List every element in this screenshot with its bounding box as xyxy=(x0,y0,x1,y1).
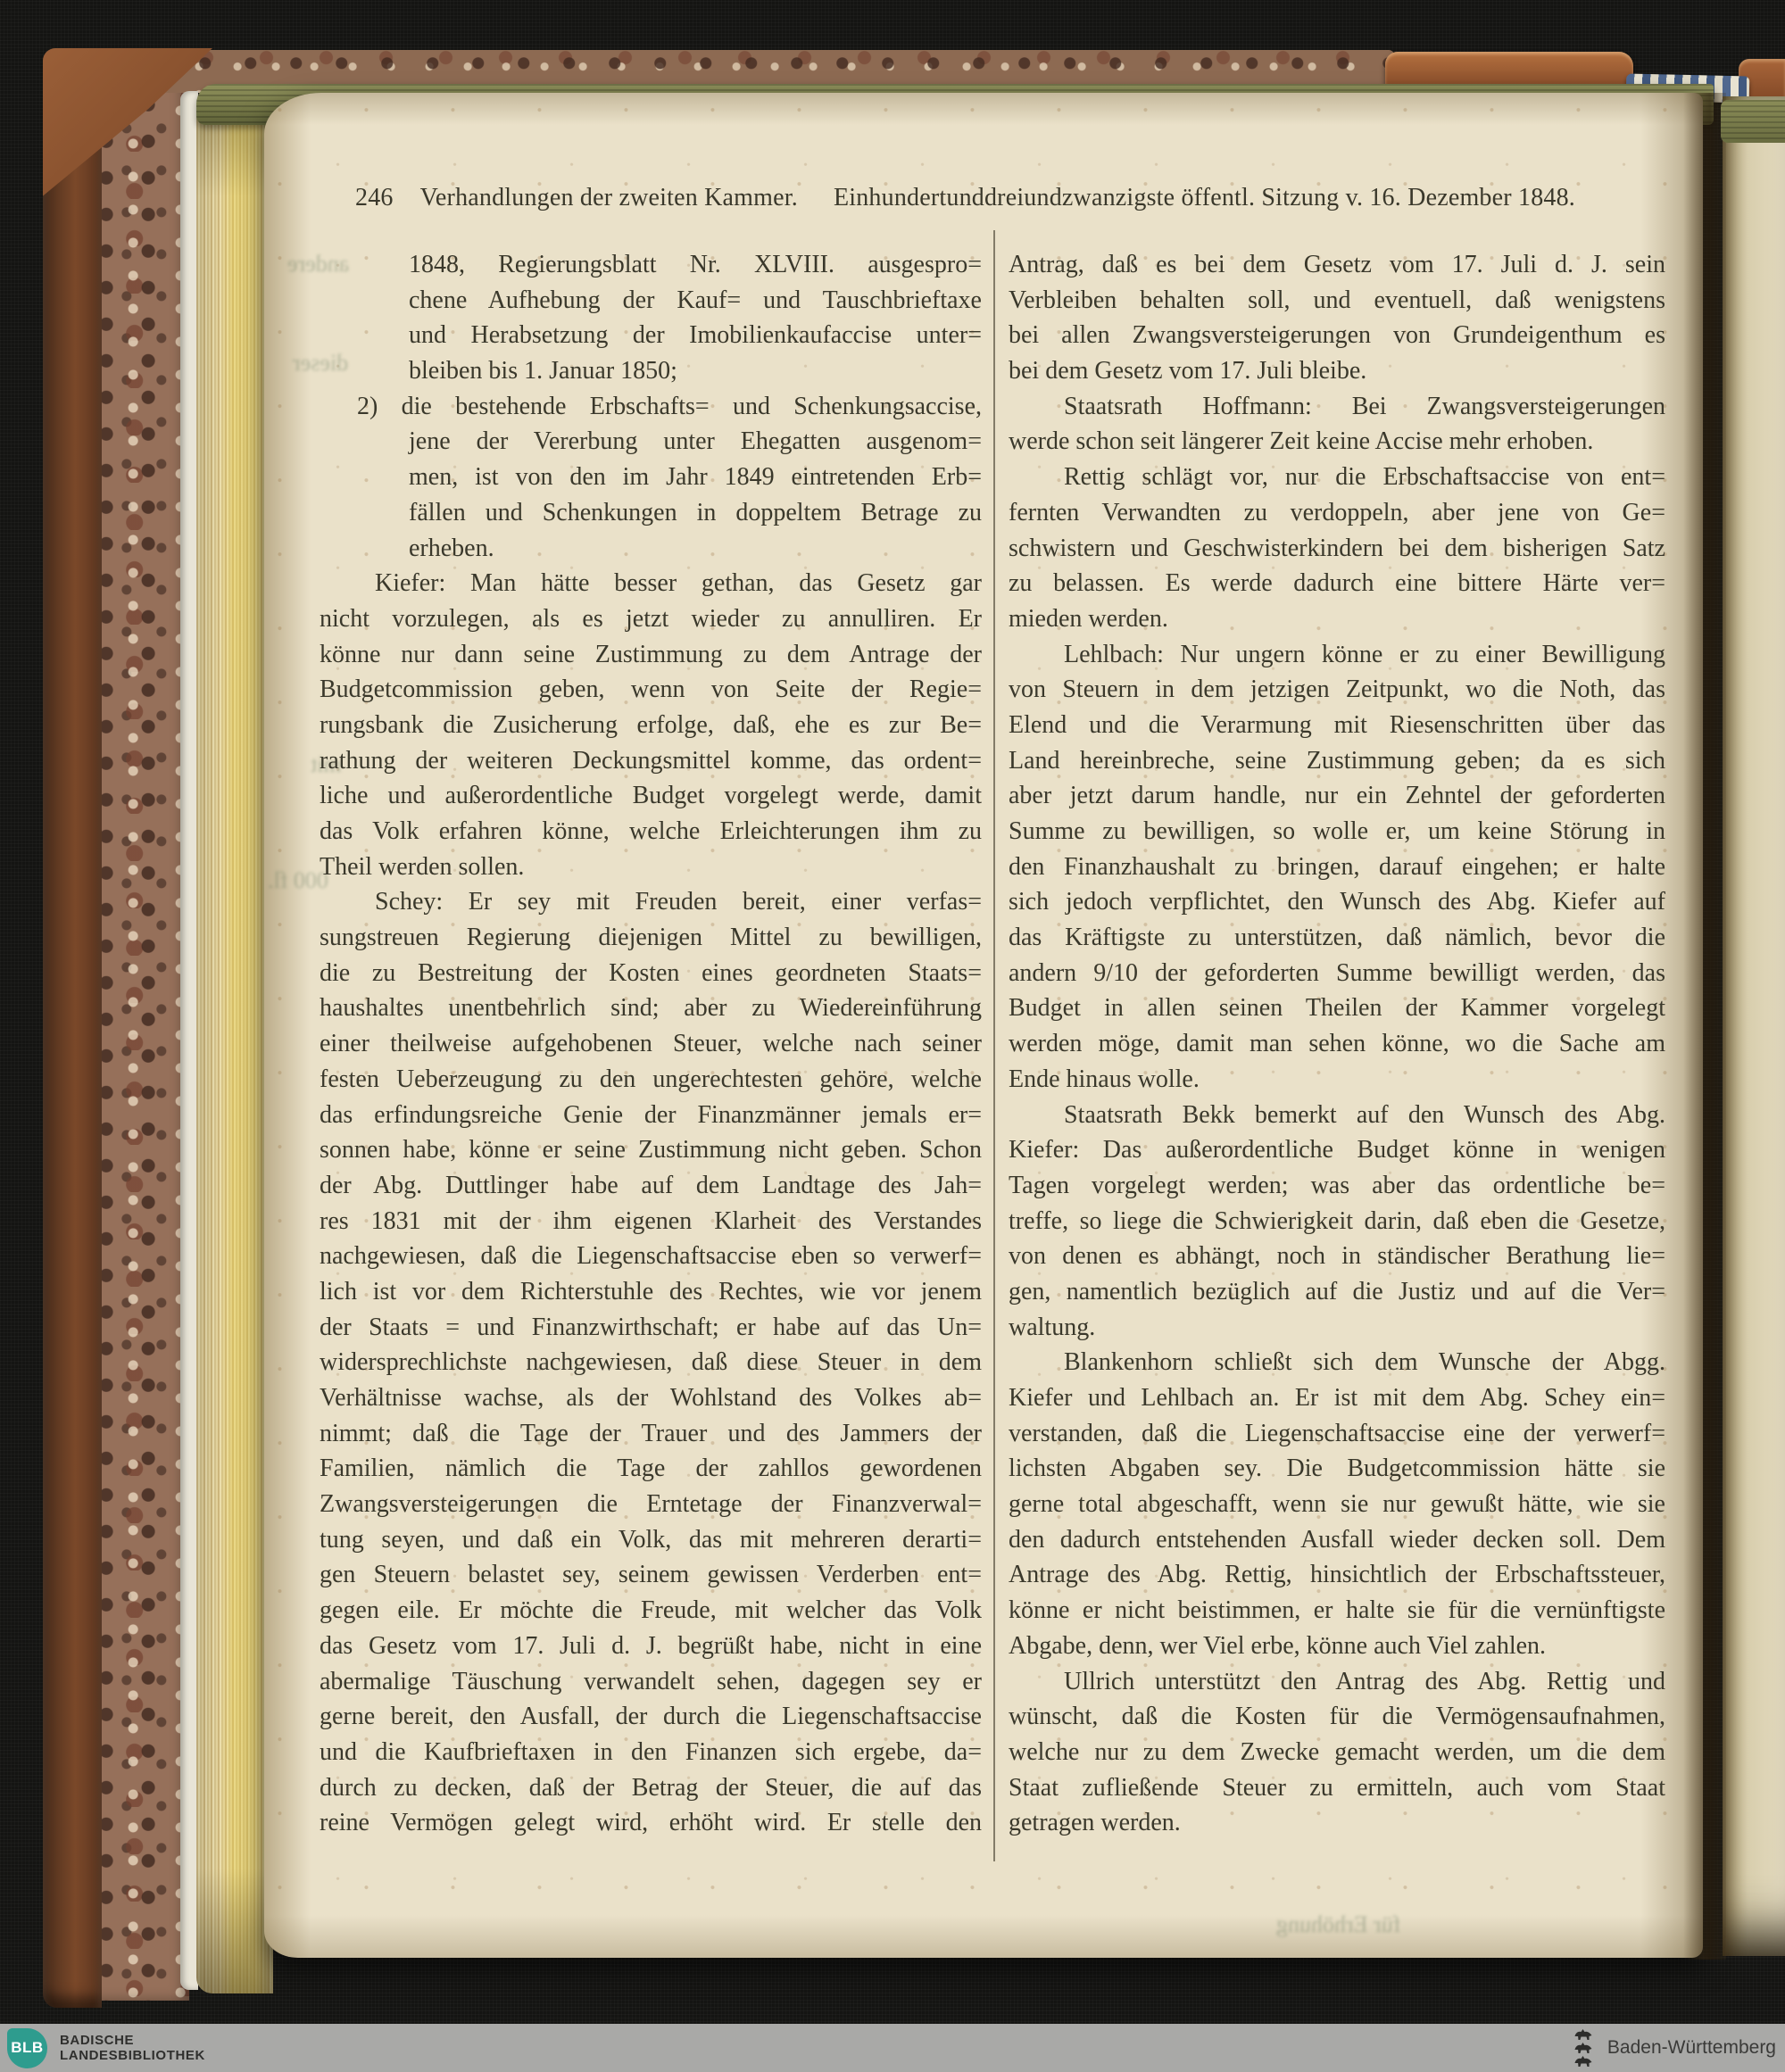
text-line: Abgabe, denn, wer Viel erbe, könne auch … xyxy=(1009,1629,1665,1664)
green-edge-right xyxy=(1721,100,1785,143)
text-line: lich ist vor dem Richterstuhle des Recht… xyxy=(320,1274,982,1310)
text-line: Zwangsversteigerungen die Erntetage der … xyxy=(320,1487,982,1522)
library-branding: BLB BADISCHE LANDESBIBLIOTHEK xyxy=(0,2028,205,2068)
text-line: Staatsrath Hoffmann: Bei Zwangsversteige… xyxy=(1009,389,1665,425)
text-line: bei dem Gesetz vom 17. Juli bleibe. xyxy=(1009,353,1665,389)
text-line: Theil werden sollen. xyxy=(320,850,982,885)
text-line: der Staats = und Finanzwirthschaft; er h… xyxy=(320,1310,982,1346)
text-line: Land hereinbreche, seine Zustimmung gebe… xyxy=(1009,743,1665,779)
text-line: das Volk erfahren könne, welche Erleicht… xyxy=(320,814,982,850)
text-line: zu belassen. Es werde dadurch eine bitte… xyxy=(1009,566,1665,601)
text-line: werden möge, damit man sehen könne, wo d… xyxy=(1009,1026,1665,1062)
text-line: welche nur zu dem Zwecke gemacht werden,… xyxy=(1009,1735,1665,1770)
text-line: fällen und Schenkungen in doppeltem Betr… xyxy=(320,495,982,531)
text-line: gen, namentlich bezüglich auf die Justiz… xyxy=(1009,1274,1665,1310)
text-line: widersprechlichste nachgewiesen, daß die… xyxy=(320,1345,982,1380)
text-line: das Kräftigste zu unterstützen, daß näml… xyxy=(1009,920,1665,956)
text-line: Staat zufließende Steuer zu ermitteln, a… xyxy=(1009,1770,1665,1806)
scan-viewer-canvas: 246 Verhandlungen der zweiten Kammer. Ei… xyxy=(0,0,1785,2072)
left-text-column: 1848, Regierungsblatt Nr. XLVIII. ausges… xyxy=(320,247,982,1841)
text-line: Schey: Er sey mit Freuden bereit, einer … xyxy=(320,884,982,920)
three-lions-icon xyxy=(1570,2028,1597,2068)
text-line: festen Ueberzeugung zu den ungerechteste… xyxy=(320,1062,982,1098)
text-line: könne nur dann seine Zustimmung zu dem A… xyxy=(320,637,982,673)
text-line: Ende hinaus wolle. xyxy=(1009,1062,1665,1098)
text-line: nimmt; daß die Tage der Trauer und des J… xyxy=(320,1416,982,1452)
text-line: verstanden, daß die Liegenschaftsaccise … xyxy=(1009,1416,1665,1452)
text-line: nachgewiesen, daß die Liegenschaftsaccis… xyxy=(320,1239,982,1274)
text-line: Rettig schlägt vor, nur die Erbschaftsac… xyxy=(1009,460,1665,495)
text-line: den dadurch entstehenden Ausfall wieder … xyxy=(1009,1522,1665,1558)
text-line: aber jetzt darum handle, nur ein Zehntel… xyxy=(1009,778,1665,814)
text-line: Budgetcommission geben, wenn von Seite d… xyxy=(320,672,982,708)
text-line: res 1831 mit der ihm eigenen Klarheit de… xyxy=(320,1204,982,1239)
text-line: schwistern und Geschwisterkindern bei de… xyxy=(1009,531,1665,567)
text-line: gerne bereit, den Ausfall, der durch die… xyxy=(320,1699,982,1735)
text-line: Verhältnisse wachse, als der Wohlstand d… xyxy=(320,1380,982,1416)
text-line: von Steuern in dem jetzigen Zeitpunkt, w… xyxy=(1009,672,1665,708)
text-line: treffe, so liege die Schwierigkeit darin… xyxy=(1009,1204,1665,1239)
text-line: wünscht, daß die Kosten für die Vermögen… xyxy=(1009,1699,1665,1735)
header-title-left: Verhandlungen der zweiten Kammer. xyxy=(420,184,798,212)
text-line: die zu Bestreitung der Kosten eines geor… xyxy=(320,956,982,991)
library-name: BADISCHE LANDESBIBLIOTHEK xyxy=(60,2033,205,2063)
text-line: Budget in allen seinen Theilen der Kamme… xyxy=(1009,990,1665,1026)
viewer-footer-bar: BLB BADISCHE LANDESBIBLIOTHEK Baden-Würt… xyxy=(0,2024,1785,2072)
text-line: mieden werden. xyxy=(1009,601,1665,637)
text-line: rathung der weiteren Deckungsmittel komm… xyxy=(320,743,982,779)
text-line: das Gesetz vom 17. Juli d. J. begrüßt ha… xyxy=(320,1629,982,1664)
header-title-right: Einhundertunddreiundzwanzigste öffentl. … xyxy=(834,184,1575,212)
text-line: bleiben bis 1. Januar 1850; xyxy=(320,353,982,389)
text-line: liche und außerordentliche Budget vorgel… xyxy=(320,778,982,814)
text-line: einer theilweise aufgehobenen Steuer, we… xyxy=(320,1026,982,1062)
state-branding: Baden-Württemberg xyxy=(1570,2028,1785,2068)
text-line: men, ist von den im Jahr 1849 eintretend… xyxy=(320,460,982,495)
text-line: Summe zu bewilligen, so wolle er, um kei… xyxy=(1009,814,1665,850)
text-line: fernten Verwandten zu verdoppeln, aber j… xyxy=(1009,495,1665,531)
text-line: reine Vermögen gelegt wird, erhöht wird.… xyxy=(320,1805,982,1841)
text-line: Staatsrath Bekk bemerkt auf den Wunsch d… xyxy=(1009,1098,1665,1133)
bleed-through-text: für Erhöhung xyxy=(1276,1911,1400,1938)
column-divider-rule xyxy=(993,230,995,1861)
text-line: sonnen habe, könne er seine Zustimmung n… xyxy=(320,1132,982,1168)
text-line: Familien, nämlich die Tage der zahllos g… xyxy=(320,1451,982,1487)
text-line: bei allen Zwangsversteigerungen von Grun… xyxy=(1009,318,1665,353)
text-line: haushaltes unentbehrlich sind; aber zu W… xyxy=(320,990,982,1026)
text-line: jene der Vererbung unter Ehegatten ausge… xyxy=(320,424,982,460)
text-line: Kiefer: Das außerordentliche Budget könn… xyxy=(1009,1132,1665,1168)
text-line: rungsbank die Zusicherung erfolge, daß, … xyxy=(320,708,982,743)
text-line: der Abg. Duttlinger habe auf dem Landtag… xyxy=(320,1168,982,1204)
state-name: Baden-Württemberg xyxy=(1607,2037,1776,2059)
text-line: gerne total abgeschafft, wenn sie nur ge… xyxy=(1009,1487,1665,1522)
text-line: chene Aufhebung der Kauf= und Tauschbrie… xyxy=(320,283,982,319)
text-line: von denen es abhängt, noch in ständische… xyxy=(1009,1239,1665,1274)
text-line: tung seyen, und daß ein Volk, das mit me… xyxy=(320,1522,982,1558)
blb-drop-icon: BLB xyxy=(7,2028,47,2068)
text-line: Verbleiben behalten soll, und eventuell,… xyxy=(1009,283,1665,319)
flyleaf-edge xyxy=(180,91,198,1990)
text-line: Antrage des Abg. Rettig, hinsichtlich de… xyxy=(1009,1557,1665,1593)
text-line: Ullrich unterstützt den Antrag des Abg. … xyxy=(1009,1664,1665,1700)
text-line: 1848, Regierungsblatt Nr. XLVIII. ausges… xyxy=(320,247,982,283)
page-stack-fore-edge xyxy=(196,89,273,1993)
text-line: das erfindungsreiche Genie der Finanzmän… xyxy=(320,1098,982,1133)
text-line: Antrag, daß es bei dem Gesetz vom 17. Ju… xyxy=(1009,247,1665,283)
text-line: könne er nicht beistimmen, er halte sie … xyxy=(1009,1593,1665,1629)
text-line: Kiefer und Lehlbach an. Er ist mit dem A… xyxy=(1009,1380,1665,1416)
text-line: Elend und die Verarmung mit Riesenschrit… xyxy=(1009,708,1665,743)
text-line: lichsten Abgaben sey. Die Budgetcommissi… xyxy=(1009,1451,1665,1487)
text-line: gen Steuern belastet sey, seinem gewisse… xyxy=(320,1557,982,1593)
facing-page-sliver xyxy=(1723,96,1785,1956)
text-line: den Finanzhaushalt zu bringen, darauf ei… xyxy=(1009,850,1665,885)
library-name-line2: LANDESBIBLIOTHEK xyxy=(60,2048,205,2063)
leather-spine xyxy=(43,52,102,2008)
text-line: Kiefer: Man hätte besser gethan, das Ges… xyxy=(320,566,982,601)
text-line: und die Kaufbrieftaxen in den Finanzen s… xyxy=(320,1735,982,1770)
text-line: getragen werden. xyxy=(1009,1805,1665,1841)
text-line: Lehlbach: Nur ungern könne er zu einer B… xyxy=(1009,637,1665,673)
text-line: und Herabsetzung der Imobilienkaufaccise… xyxy=(320,318,982,353)
right-text-column: Antrag, daß es bei dem Gesetz vom 17. Ju… xyxy=(1009,247,1665,1841)
library-name-line1: BADISCHE xyxy=(60,2033,205,2048)
text-line: werde schon seit längerer Zeit keine Acc… xyxy=(1009,424,1665,460)
text-line: waltung. xyxy=(1009,1310,1665,1346)
text-line: Tagen vorgelegt werden; was aber das ord… xyxy=(1009,1168,1665,1204)
text-line: gegen eile. Er möchte die Freude, mit we… xyxy=(320,1593,982,1629)
text-line: nicht vorzulegen, als es jetzt wieder zu… xyxy=(320,601,982,637)
text-line: erheben. xyxy=(320,531,982,567)
text-line: sich jedoch verpflichtet, den Wunsch des… xyxy=(1009,884,1665,920)
page-number: 246 xyxy=(355,184,394,212)
text-line: sungstreuen Regierung diejenigen Mittel … xyxy=(320,920,982,956)
text-line: Blankenhorn schließt sich dem Wunsche de… xyxy=(1009,1345,1665,1380)
text-line: abermalige Täuschung verwandelt sehen, d… xyxy=(320,1664,982,1700)
gutter-shadow xyxy=(1683,93,1726,1960)
page-header: 246 Verhandlungen der zweiten Kammer. Ei… xyxy=(355,184,1623,212)
text-line: 2) die bestehende Erbschafts= und Schenk… xyxy=(320,389,982,425)
text-line: durch zu decken, daß der Betrag der Steu… xyxy=(320,1770,982,1806)
text-line: andern 9/10 der geforderten Summe bewill… xyxy=(1009,956,1665,991)
